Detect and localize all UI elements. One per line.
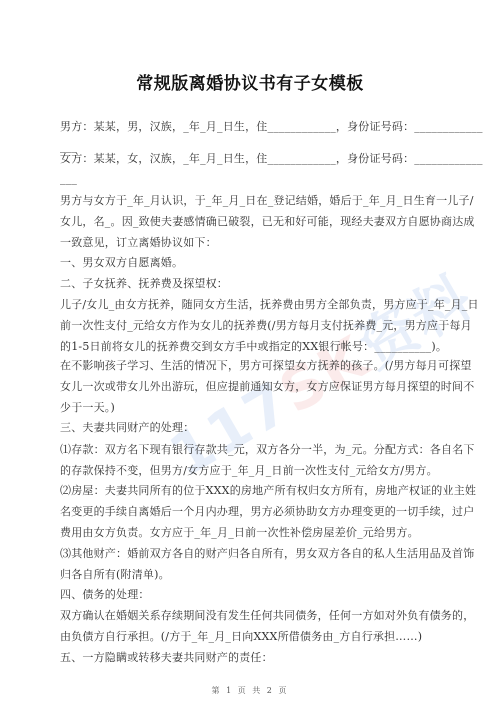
text-line: 一致意见，订立离婚协议如下： (60, 236, 442, 250)
text-line: 男方：某某，男，汉族，_年_月_日生，住____________，身份证号码：_… (60, 120, 442, 134)
section-heading: 二、子女抚养、抚养费及探望权： (60, 277, 442, 291)
section-heading: 三、夫妻共同财产的处理： (60, 421, 442, 435)
text-line: 男方与女方于_年_月认识，于_年_月_日在_登记结婚，婚后于_年_月_日生育一儿… (60, 194, 442, 208)
section-heading: 五、一方隐瞒或转移夫妻共同财产的责任： (60, 651, 442, 665)
text-line: 由负债方自行承担。(/方于_年_月_日向XXX所借债务由_方自行承担……) (60, 630, 442, 644)
section-heading: 四、债务的处理： (60, 588, 442, 602)
text-line: ⑶其他财产：婚前双方各自的财产归各自所有，男女双方各自的私人生活用品及首饰 (60, 547, 442, 561)
text-line: 的1-5日前将女儿的抚养费交到女方手中或指定的XX银行帐号：__________… (60, 340, 442, 354)
text-line: 双方确认在婚姻关系存续期间没有发生任何共同债务，任何一方如对外负有债务的， (60, 609, 442, 623)
text-line: 女儿，名_。因_致使夫妻感情确已破裂，已无和好可能，现经夫妻双方自愿协商达成 (60, 215, 442, 229)
text-line: ___ (60, 172, 442, 186)
text-line: 儿子/女儿_由女方抚养，随同女方生活，抚养费由男方全部负责，男方应于_年_月_日 (60, 298, 442, 312)
section-heading: 一、男女双方自愿离婚。 (60, 256, 442, 270)
text-line: 女儿一次或带女儿外出游玩，但应提前通知女方，女方应保证男方每月探望的时间不 (60, 380, 442, 394)
page-footer: 第 1 页 共 2 页 (0, 685, 500, 696)
text-line: ⑴存款：双方名下现有银行存款共_元，双方各分一半，为_元。分配方式：各自名下 (60, 443, 442, 457)
text-line: 少于一天。) (60, 401, 442, 415)
text-line: 前一次性支付_元给女方作为女儿的抚养费(/男方每月支付抚养费_元，男方应于每月 (60, 319, 442, 333)
text-line: 归各自所有(附清单)。 (60, 568, 442, 582)
text-line: 女方：某某，女，汉族，_年_月_日生，住____________，身份证号码：_… (60, 152, 442, 166)
text-line: 名变更的手续自离婚后一个月内办理，男方必须协助女方办理变更的一切手续，过户 (60, 505, 442, 519)
text-line: ⑵房屋：夫妻共同所有的位于XXX的房地产所有权归女方所有，房地产权证的业主姓 (60, 484, 442, 498)
document-title: 常规版离婚协议书有子女模板 (0, 69, 500, 94)
text-line: 费用由女方负责。女方应于_年_月_日前一次性补偿房屋差价_元给男方。 (60, 526, 442, 540)
document-page: 117SK资料 常规版离婚协议书有子女模板 男方：某某，男，汉族，_年_月_日生… (0, 0, 500, 706)
text-line: 在不影响孩子学习、生活的情况下，男方可探望女方抚养的孩子。(/男方每月可探望 (60, 359, 442, 373)
text-line: 的存款保持不变，但男方/女方应于_年_月_日前一次性支付_元给女方/男方。 (60, 464, 442, 478)
